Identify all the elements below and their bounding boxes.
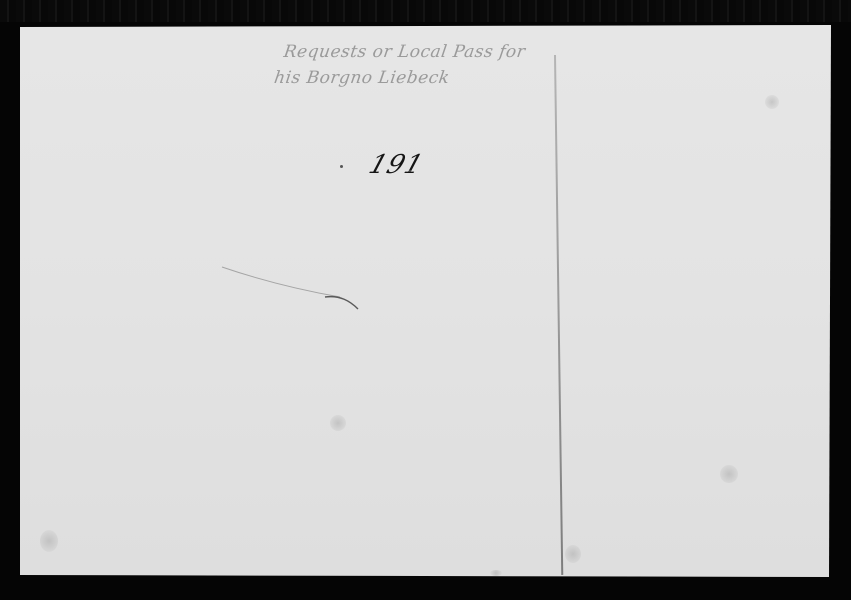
docket-line-2: his Borgno Liebeck — [272, 65, 523, 91]
scan-border-top — [0, 0, 851, 22]
docket-line-1: Requests or Local Pass for — [282, 39, 527, 65]
document-page: Requests or Local Pass for his Borgno Li… — [20, 25, 831, 577]
docket-annotation: Requests or Local Pass for his Borgno Li… — [278, 39, 527, 91]
stain — [765, 95, 779, 109]
stain — [40, 530, 58, 552]
file-number: 191 — [365, 150, 427, 180]
fold-line — [554, 55, 563, 575]
stain — [490, 570, 502, 576]
ink-dot — [340, 165, 343, 168]
pen-scratch-mark — [220, 265, 400, 345]
stain — [565, 545, 581, 563]
stain — [330, 415, 346, 431]
ink-dot — [409, 170, 411, 172]
stain — [720, 465, 738, 483]
